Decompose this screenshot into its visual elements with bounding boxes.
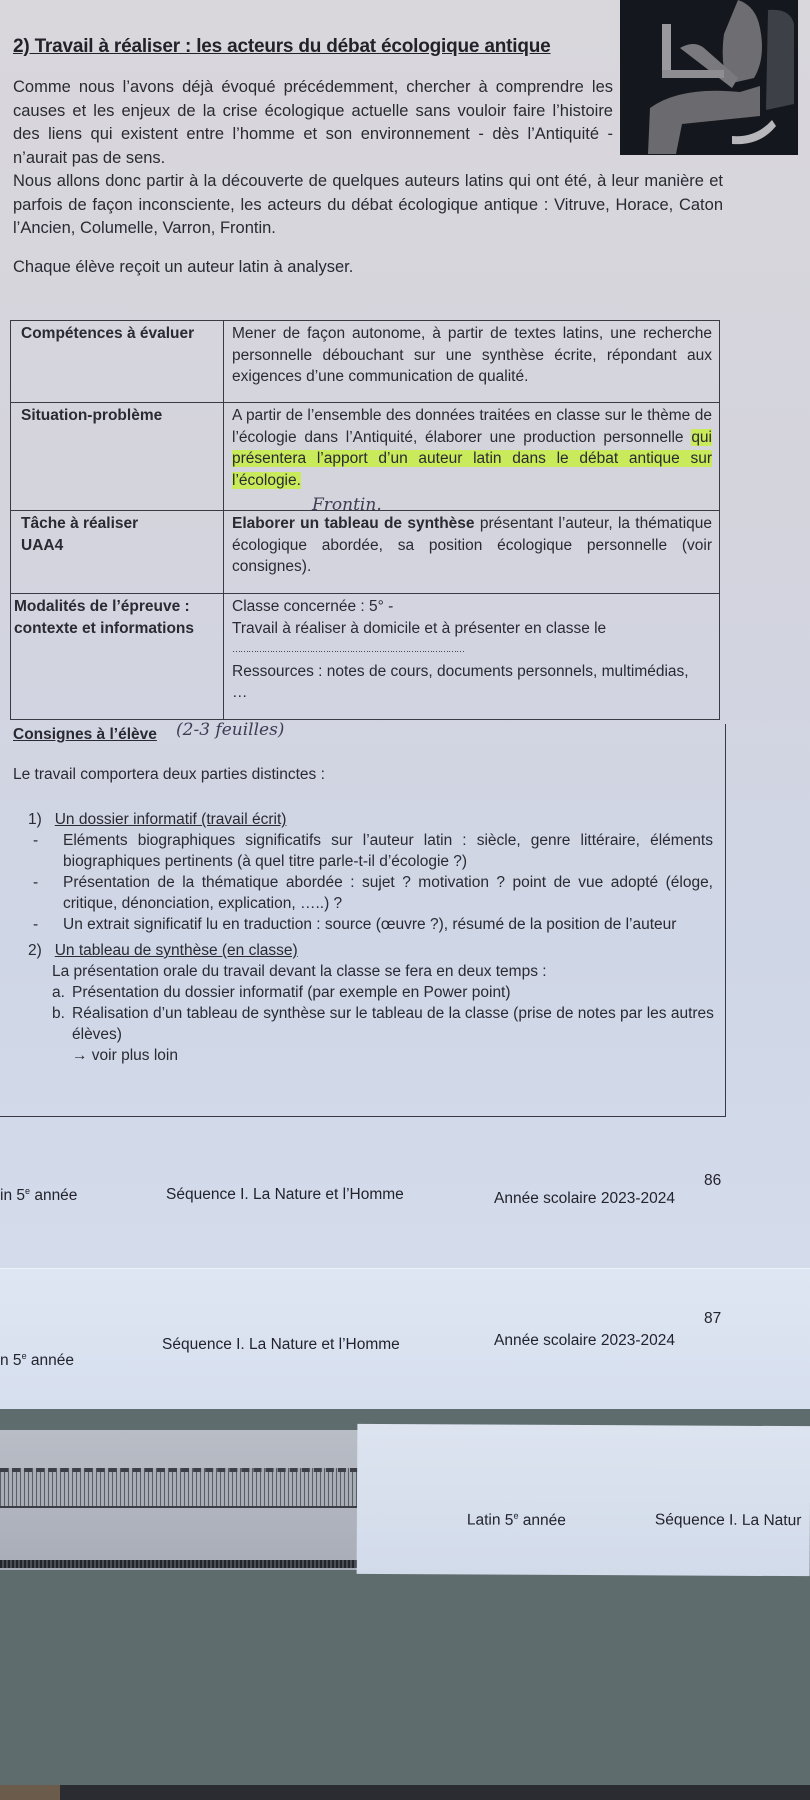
label-line: Modalités de l’épreuve : [14,596,216,618]
footer-sequence: Séquence I. La Nature et l’Homme [166,1186,404,1204]
part-title-text: Un tableau de synthèse (en classe) [55,942,298,959]
footer-sequence: Séquence I. La Nature et l’Homme [162,1336,400,1354]
consignes-title: Consignes à l’élève [13,724,157,745]
item-key: a. [52,982,65,1003]
content-text: A partir de l’ensemble des données trait… [232,407,712,446]
list-item: Eléments biographiques significatifs sur… [28,830,713,872]
table-row: Tâche à réaliser UAA4 Elaborer un tablea… [11,511,720,594]
row-content: Classe concernée : 5° - Travail à réalis… [224,594,720,720]
ruler-edge [0,1560,358,1568]
intro-paragraph: Chaque élève reçoit un auteur latin à an… [13,258,353,277]
footer-text: in 5 [0,1187,25,1204]
footer-text: Latin 5 [467,1512,514,1529]
label-line: UAA4 [21,535,216,557]
part-title: 1) Un dossier informatif (travail écrit) [28,809,713,830]
footer-school-year: Année scolaire 2023-2024 [494,1190,675,1208]
part-intro: La présentation orale du travail devant … [28,961,718,982]
ruler-scale [0,1468,358,1508]
label-line: contexte et informations [14,618,216,640]
footer-text: année [27,1352,74,1369]
label-line: Tâche à réaliser [21,513,216,535]
row-label: Compétences à évaluer [11,321,224,403]
part-number: 1) [28,811,42,828]
table-row: Compétences à évaluer Mener de façon aut… [11,321,720,403]
document-page-87: n 5e année Séquence I. La Nature et l’Ho… [0,1268,810,1409]
part-1: 1) Un dossier informatif (travail écrit)… [28,809,713,935]
row-content: Mener de façon autonome, à partir de tex… [224,321,720,403]
evaluation-table: Compétences à évaluer Mener de façon aut… [10,320,720,720]
content-line: Ressources : notes de cours, documents p… [232,661,712,683]
table-row: Modalités de l’épreuve : contexte et inf… [11,594,720,720]
list-item: Un extrait significatif lu en traduction… [28,914,713,935]
seated-figure-illustration [620,0,798,155]
list-item: Présentation de la thématique abordée : … [28,872,713,914]
section-heading: 2) Travail à réaliser : les acteurs du d… [13,36,551,58]
seated-figure-icon [620,0,798,155]
content-line: Travail à réaliser à domicile et à prése… [232,618,712,640]
item-key: b. [52,1003,65,1024]
row-content: Elaborer un tableau de synthèse présenta… [224,511,720,594]
list-item: a. Présentation du dossier informatif (p… [28,982,718,1003]
item-text: Présentation du dossier informatif (par … [72,984,511,1001]
footer-school-year: Année scolaire 2023-2024 [494,1332,675,1350]
content-line: Classe concernée : 5° - [232,596,712,618]
document-page-86: 2) Travail à réaliser : les acteurs du d… [0,0,810,1270]
part-number: 2) [28,942,42,959]
footer-text: année [30,1187,77,1204]
row-content: A partir de l’ensemble des données trait… [224,403,720,511]
item-text: Réalisation d’un tableau de synthèse sur… [72,1005,714,1043]
footer-course: Latin 5e année [467,1510,566,1530]
document-page-next: Latin 5e année Séquence I. La Natur [357,1424,810,1576]
part-title-text: Un dossier informatif (travail écrit) [55,811,287,828]
page-number: 86 [704,1172,721,1190]
footer-sequence: Séquence I. La Natur [655,1511,802,1530]
handwritten-note: Frontin. [312,495,382,517]
consignes-lead: Le travail comportera deux parties disti… [13,764,325,785]
page-number: 87 [704,1310,721,1328]
row-label: Modalités de l’épreuve : contexte et inf… [11,594,224,720]
intro-paragraph: Nous allons donc partir à la découverte … [13,170,723,241]
handwritten-note: (2-3 feuilles) [176,720,284,741]
bold-text: Elaborer un tableau de synthèse [232,515,475,532]
table-row: Situation-problème A partir de l’ensembl… [11,403,720,511]
intro-paragraph: Comme nous l’avons déjà évoqué précédemm… [13,76,613,170]
table-edge [0,1785,810,1800]
row-label: Tâche à réaliser UAA4 [11,511,224,594]
footer-text: n 5 [0,1352,22,1369]
see-more-note: → voir plus loin [28,1045,718,1066]
footer-course: in 5e année [0,1186,77,1205]
footer-text: année [518,1512,566,1529]
part-2: 2) Un tableau de synthèse (en classe) La… [28,940,718,1066]
row-label: Situation-problème [11,403,224,511]
date-blank: …………………………………………………………………………… [232,639,562,661]
content-line: … [232,682,712,704]
consignes-section: Consignes à l’élève (2-3 feuilles) Le tr… [0,724,726,1117]
list-item: b. Réalisation d’un tableau de synthèse … [28,1003,718,1045]
part-title: 2) Un tableau de synthèse (en classe) [28,940,718,961]
footer-course: n 5e année [0,1351,74,1370]
